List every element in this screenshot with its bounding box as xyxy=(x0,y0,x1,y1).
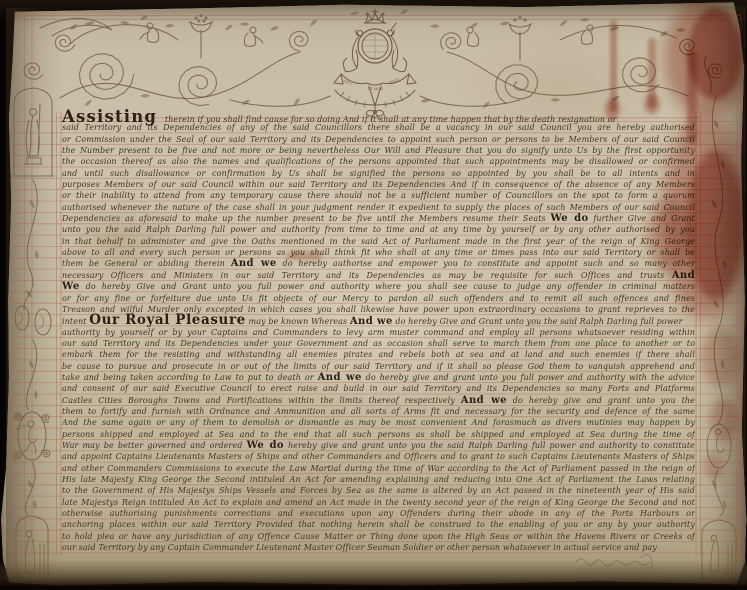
script-text: be cause to pursue and prosecute in or o… xyxy=(62,362,695,371)
gothic-word: And xyxy=(672,270,695,281)
text-line: And the same again or any of them to dem… xyxy=(62,417,695,428)
text-line: and until such disallowance or confirmat… xyxy=(62,168,695,179)
script-text: our said Territory by any Captain Comman… xyxy=(62,543,657,552)
text-line: them be General or abiding therein And w… xyxy=(62,258,695,269)
script-text: authorised whenever the nature of the ca… xyxy=(62,203,695,212)
text-line: unto you the said Ralph Darling full pow… xyxy=(62,224,695,235)
text-line: Dependencies as aforesaid to make up the… xyxy=(62,213,695,224)
photo-stage: DIEU ET MON DROIT xyxy=(0,0,747,590)
script-text: persons shipped and employed at Sea and … xyxy=(62,430,695,439)
gothic-word: And we xyxy=(318,372,362,383)
script-text: said Territory and its Dependencies of a… xyxy=(62,123,695,132)
text-line: them to fortify and furnish with Ordnanc… xyxy=(62,406,695,417)
text-line: necessary Officers and Ministers in our … xyxy=(62,270,695,281)
script-text: Castles Cities Boroughs Towns and Fortif… xyxy=(62,396,461,405)
script-text: them be General or abiding therein xyxy=(62,259,231,268)
gothic-word: Our Royal Pleasure xyxy=(89,312,246,328)
text-line: authorised whenever the nature of the ca… xyxy=(62,202,695,213)
text-line: our said Territory and its Dependencies … xyxy=(62,338,695,349)
text-line: persons shipped and employed at Sea and … xyxy=(62,429,695,440)
script-text: otherwise authorising punishments correc… xyxy=(62,509,695,518)
script-text: do hereby give and grant unto you full p… xyxy=(362,373,695,382)
text-line: in that behalf to administer and give th… xyxy=(62,236,695,247)
script-text: or for any fine or forfeiture due unto U… xyxy=(62,294,695,303)
text-line: embark them for the resisting and withst… xyxy=(62,349,695,360)
script-text: to the Government of His Majestys Ships … xyxy=(62,486,695,495)
gothic-word: And we xyxy=(231,258,277,269)
script-text: do hereby give and grant unto you the xyxy=(507,396,695,405)
text-line: or Commission under the Seal of our said… xyxy=(62,134,695,145)
script-text: unto you the said Ralph Darling full pow… xyxy=(62,225,695,234)
text-line: the Number present to be five and not mo… xyxy=(62,145,695,156)
script-text: our said Territory and its Dependencies … xyxy=(62,339,695,348)
text-line: and other Commanders Commissions to exec… xyxy=(62,463,695,474)
script-text: may be known Whereas xyxy=(246,317,350,326)
script-text: to hold plea or have any jurisdiction of… xyxy=(62,532,695,541)
script-text: them to fortify and furnish with Ordnanc… xyxy=(62,407,695,416)
script-text: the Number present to be five and not mo… xyxy=(62,146,695,155)
text-line: above to all and every such person or pe… xyxy=(62,247,695,258)
script-text: hereby give and grant unto you the said … xyxy=(284,441,695,450)
text-line: purposes Members of our said Council wit… xyxy=(62,179,695,190)
script-text: intent xyxy=(62,317,89,326)
script-text: do hereby Give and Grant unto you the sa… xyxy=(393,317,683,326)
script-text: or their inability to attend from any te… xyxy=(62,191,695,200)
script-text: do hereby authorise and empower you to c… xyxy=(277,259,695,268)
text-line: Assisting therein if you shall find caus… xyxy=(62,111,695,122)
text-line: We do hereby Give and Grant unto you ful… xyxy=(62,281,695,292)
script-text: purposes Members of our said Council wit… xyxy=(62,180,695,189)
text-line: the occasion thereof as also the names a… xyxy=(62,156,695,167)
script-text: late Majestys Reign intituled An Act to … xyxy=(62,498,695,507)
script-text: in that behalf to administer and give th… xyxy=(62,237,695,246)
text-line: War may be better governed and ordered W… xyxy=(62,440,695,451)
gothic-word: We do xyxy=(247,440,284,451)
text-line: or for any fine or forfeiture due unto U… xyxy=(62,293,695,304)
script-text: necessary Officers and Ministers in our … xyxy=(62,271,672,280)
script-text: do hereby Give and Grant unto you full p… xyxy=(80,282,695,291)
text-line: take and being taken according to Law to… xyxy=(62,372,695,383)
script-text: Dependencies as aforesaid to make up the… xyxy=(62,214,550,223)
script-text: and appoint Captains Lieutenants Masters… xyxy=(62,452,695,461)
script-text: and until such disallowance or confirmat… xyxy=(62,169,695,178)
gothic-word: We xyxy=(62,281,80,292)
script-text: His late Majesty King George the Second … xyxy=(62,475,695,484)
text-line: to the Government of His Majestys Ships … xyxy=(62,485,695,496)
text-line: anchoring places within our said Territo… xyxy=(62,519,695,530)
script-text: War may be better governed and ordered xyxy=(62,441,247,450)
text-line: be cause to pursue and prosecute in or o… xyxy=(62,361,695,372)
script-text: anchoring places within our said Territo… xyxy=(62,520,695,529)
text-line: His late Majesty King George the Second … xyxy=(62,474,695,485)
text-line: late Majestys Reign intituled An Act to … xyxy=(62,497,695,508)
text-block: Assisting therein if you shall find caus… xyxy=(62,111,695,553)
script-text: take and being taken according to Law to… xyxy=(62,373,318,382)
text-line: to hold plea or have any jurisdiction of… xyxy=(62,531,695,542)
text-line: otherwise authorising punishments correc… xyxy=(62,508,695,519)
text-line: and consent of our said Executive Counci… xyxy=(62,383,695,394)
text-line: said Territory and its Dependencies of a… xyxy=(62,122,695,133)
script-text: or Commission under the Seal of our said… xyxy=(62,135,695,144)
script-text: further Give and Grant xyxy=(589,214,695,223)
text-line: our said Territory by any Captain Comman… xyxy=(62,542,695,553)
script-text: embark them for the resisting and withst… xyxy=(62,350,695,359)
script-text: and other Commanders Commissions to exec… xyxy=(62,464,695,473)
script-text: the occasion thereof as also the names a… xyxy=(62,157,695,166)
gothic-word: And we xyxy=(461,395,507,406)
gothic-word: And we xyxy=(350,316,393,327)
script-text: And the same again or any of them to dem… xyxy=(62,418,695,427)
text-line: and appoint Captains Lieutenants Masters… xyxy=(62,451,695,462)
script-text: and consent of our said Executive Counci… xyxy=(62,384,695,393)
text-line: Castles Cities Boroughs Towns and Fortif… xyxy=(62,395,695,406)
text-line: intent Our Royal Pleasure may be known W… xyxy=(62,315,695,326)
script-text: above to all and every such person or pe… xyxy=(62,248,695,257)
text-line: authority by yourself or by your Captain… xyxy=(62,327,695,338)
text-line: or their inability to attend from any te… xyxy=(62,190,695,201)
gothic-word: We do xyxy=(550,213,588,224)
script-text: authority by yourself or by your Captain… xyxy=(62,328,695,337)
